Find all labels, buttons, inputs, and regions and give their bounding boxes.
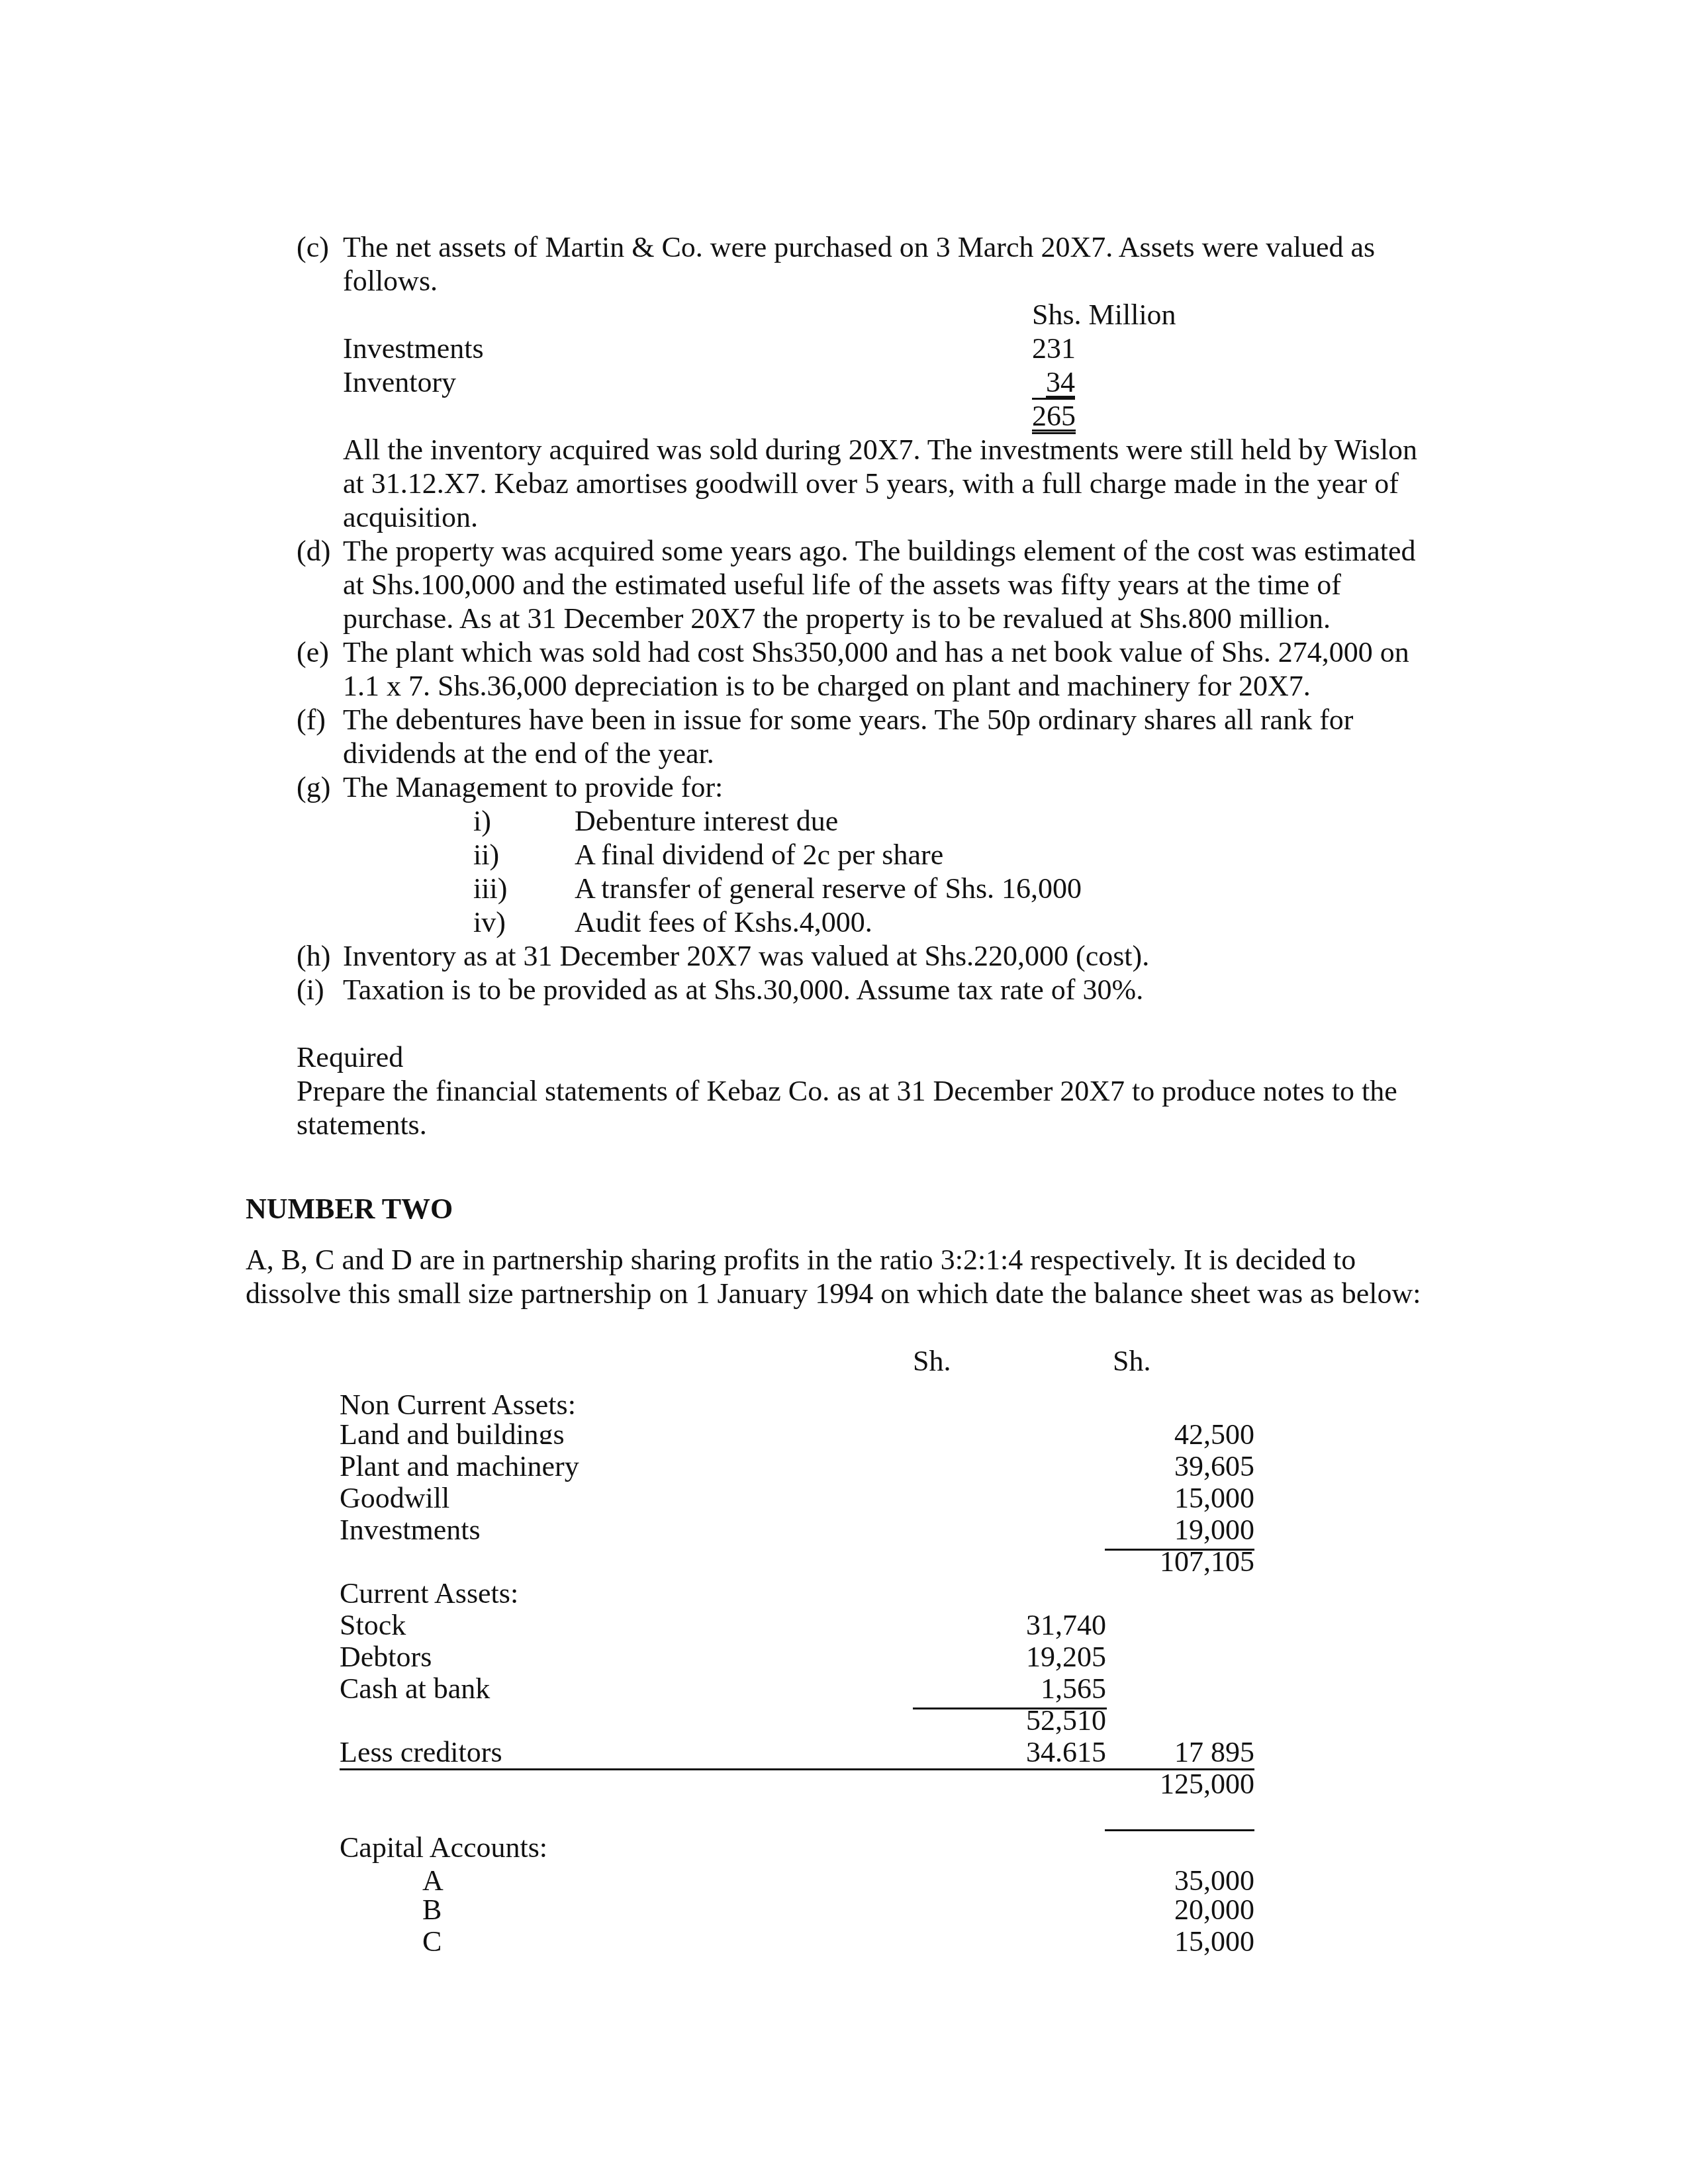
bs-row-label: Stock <box>340 1608 406 1642</box>
item-d-line-3: purchase. As at 31 December 20X7 the pro… <box>343 602 1331 635</box>
bs-row-label: Plant and machinery <box>340 1449 579 1483</box>
required-heading: Required <box>297 1040 403 1074</box>
asset-row-label: Investments <box>343 332 484 365</box>
item-c-line-1: The net assets of Martin & Co. were purc… <box>343 230 1375 264</box>
capital-partner-label: B <box>422 1893 442 1927</box>
bs-row-value: 42,500 <box>1056 1418 1254 1451</box>
asset-row-label: Inventory <box>343 365 456 399</box>
required-line-2: statements. <box>297 1108 427 1142</box>
item-c-cont-line-1: All the inventory acquired was sold duri… <box>343 433 1417 467</box>
subitem-text: Audit fees of Kshs.4,000. <box>575 905 872 939</box>
subitem-text: A final dividend of 2c per share <box>575 838 943 872</box>
item-c-line-2: follows. <box>343 264 438 298</box>
intro-line-1: A, B, C and D are in partnership sharing… <box>246 1243 1356 1277</box>
intro-line-2: dissolve this small size partnership on … <box>246 1277 1421 1310</box>
item-i-line: Taxation is to be provided as at Shs.30,… <box>343 973 1143 1007</box>
asset-row-value-wrap: 34 <box>1032 365 1075 399</box>
item-marker-h: (h) <box>297 939 330 973</box>
bs-row-value: 31,740 <box>908 1608 1106 1642</box>
subitem-marker: iii) <box>473 872 507 905</box>
item-d-line-1: The property was acquired some years ago… <box>343 534 1416 568</box>
item-marker-c: (c) <box>297 230 329 264</box>
item-marker-f: (f) <box>297 703 326 737</box>
grand-total: 125,000 <box>1056 1767 1254 1801</box>
bs-row-value: 39,605 <box>1056 1449 1254 1483</box>
creditors-label: Less creditors <box>340 1735 502 1769</box>
required-line-1: Prepare the financial statements of Keba… <box>297 1074 1397 1108</box>
subitem-marker: i) <box>473 804 491 838</box>
item-e-line-1: The plant which was sold had cost Shs350… <box>343 635 1409 669</box>
item-e-line-2: 1.1 x 7. Shs.36,000 depreciation is to b… <box>343 669 1311 703</box>
subitem-text: A transfer of general reserve of Shs. 16… <box>575 872 1082 905</box>
capital-partner-value: 15,000 <box>1056 1925 1254 1958</box>
bs-row-label: Cash at bank <box>340 1672 490 1706</box>
capital-heading: Capital Accounts: <box>340 1831 547 1864</box>
bs-row-value: 1,565 <box>908 1672 1106 1706</box>
bs-row-value: 15,000 <box>1056 1481 1254 1515</box>
bs-row-value: 19,205 <box>908 1640 1106 1674</box>
asset-unit-header: Shs. Million <box>1032 298 1176 332</box>
bs-row-label: Debtors <box>340 1640 432 1674</box>
bs-row-value: 19,000 <box>1056 1513 1254 1547</box>
item-d-line-2: at Shs.100,000 and the estimated useful … <box>343 568 1341 602</box>
current-total: 52,510 <box>908 1704 1106 1737</box>
col-header-sh-2: Sh. <box>1113 1344 1150 1378</box>
item-g-line: The Management to provide for: <box>343 770 723 804</box>
non-current-total: 107,105 <box>1056 1545 1254 1578</box>
asset-row-value: 231 <box>1032 332 1076 365</box>
item-marker-i: (i) <box>297 973 324 1007</box>
item-c-cont-line-2: at 31.12.X7. Kebaz amortises goodwill ov… <box>343 467 1399 500</box>
asset-row-value: 34 <box>1046 366 1075 398</box>
item-marker-d: (d) <box>297 534 330 568</box>
asset-total-value: 265 <box>1032 400 1076 432</box>
non-current-heading: Non Current Assets: <box>340 1388 576 1422</box>
total-rule <box>1105 1829 1254 1831</box>
subitem-marker: iv) <box>473 905 506 939</box>
item-f-line-1: The debentures have been in issue for so… <box>343 703 1353 737</box>
subitem-marker: ii) <box>473 838 499 872</box>
capital-partner-value: 20,000 <box>1056 1893 1254 1927</box>
item-f-line-2: dividends at the end of the year. <box>343 737 714 770</box>
bs-row-label: Goodwill <box>340 1481 449 1515</box>
item-marker-e: (e) <box>297 635 329 669</box>
section-heading: NUMBER TWO <box>246 1192 453 1226</box>
bs-row-label: Investments <box>340 1513 481 1547</box>
asset-total: 265 <box>1032 399 1076 433</box>
net-current-assets: 17 895 <box>1056 1735 1254 1769</box>
current-heading: Current Assets: <box>340 1576 518 1610</box>
capital-partner-label: C <box>422 1925 442 1958</box>
item-c-cont-line-3: acquisition. <box>343 500 478 534</box>
item-marker-g: (g) <box>297 770 330 804</box>
bs-row-label: Land and buildings <box>340 1418 565 1444</box>
item-h-line: Inventory as at 31 December 20X7 was val… <box>343 939 1149 973</box>
subitem-text: Debenture interest due <box>575 804 838 838</box>
col-header-sh-1: Sh. <box>913 1344 951 1378</box>
